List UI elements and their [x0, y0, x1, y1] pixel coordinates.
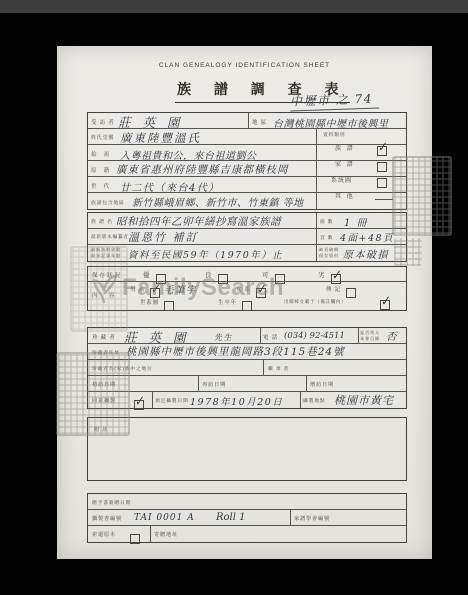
editor-value: 溫恩竹 補訂	[128, 229, 199, 245]
volumes-label: 冊 數	[320, 218, 333, 225]
category-block: 資料類別 族 譜 ✓ 家 譜 系統圖 其 他	[316, 129, 407, 209]
regions-label: 族譜包含地區	[91, 199, 125, 206]
content-female-checkbox: ✓	[256, 284, 276, 302]
divider	[316, 229, 317, 244]
scanned-page: CLAN GENEALOGY IDENTIFICATION SHEET 族 譜 …	[0, 0, 468, 595]
category-option-other: 其 他	[335, 191, 355, 200]
condition-opt-good: 良	[205, 270, 212, 279]
damage-label-line2: 保存情形	[319, 253, 339, 259]
content-married-label: 出嫁婦女載于（備註欄內）	[284, 299, 346, 305]
return-checkbox	[130, 530, 140, 548]
book-name-value: 昭和拾四年乙卯年繕抄寫溫家族譜	[116, 214, 281, 229]
divider	[290, 510, 291, 525]
origin-value: 廣東省惠州府陸豐縣吉康都橫枝岡	[116, 162, 289, 177]
phone-label: 電 話	[263, 333, 278, 341]
divider	[152, 392, 153, 408]
checkbox-icon	[164, 301, 174, 311]
listed-value: 否	[386, 329, 398, 344]
book-table: 族 譜 名 昭和拾四年乙卯年繕抄寫溫家族譜 冊 數 1 冊 最新版本編纂者 溫恩…	[87, 212, 407, 262]
row-owner: 珍 藏 者 莊 英 園 先生 電 話 (034) 92-4511 是否列入 本會…	[88, 328, 406, 344]
condition-label: 保存狀況	[92, 271, 122, 279]
film-place-value: 桃園市黃宅	[334, 392, 394, 408]
category-option-genealogy: 族 譜	[335, 143, 355, 152]
ancestor-label: 始 祖	[91, 150, 110, 158]
row-editor: 最新版本編纂者 溫恩竹 補訂 頁 數 4面+48頁	[88, 229, 406, 245]
listed-label-line2: 本會目錄	[360, 336, 380, 342]
content-dates-checkbox	[242, 297, 252, 315]
checkbox-icon	[377, 162, 387, 172]
divider	[248, 113, 249, 128]
check-mark: ✓	[379, 293, 392, 309]
condition-table: 保存狀況 優 良 可 劣 ✓ 內 容 男 系 ✓ 毛筆字 女 系 ✓ 傳 記 世…	[87, 266, 407, 311]
content-dates-label: 生卒年	[218, 298, 237, 306]
document-paper: CLAN GENEALOGY IDENTIFICATION SHEET 族 譜 …	[57, 46, 432, 559]
row-condition: 保存狀況 優 良 可 劣 ✓	[88, 267, 406, 282]
row-film-number: 攝製書編號 TAI 0001 A Roll 1 家譜學會編號	[88, 510, 406, 526]
latest-value: 資料至民國59年（1970年）止	[128, 247, 283, 261]
address-value: 桃園縣中壢市後興里龍岡路3段115巷24號	[126, 344, 345, 359]
pages-label: 頁 數	[320, 234, 333, 241]
content-chart-checkbox	[164, 297, 174, 315]
notes-label: 附 註	[94, 426, 108, 433]
admin-table: 贈予書簽贈日期 攝製書編號 TAI 0001 A Roll 1 家譜學會編號 索…	[87, 493, 407, 543]
divider	[300, 392, 301, 408]
owner-label: 珍 藏 者	[92, 333, 116, 341]
checkbox-icon	[346, 288, 356, 298]
checkbox-icon	[130, 534, 140, 544]
row-contents: 內 容 男 系 ✓ 毛筆字 女 系 ✓ 傳 記 世系圖 生卒年 出嫁婦女載于（備…	[88, 282, 406, 310]
ancestor-value: 入粵祖貴和公，來台祖道劉公	[120, 147, 257, 162]
heir-label: 繼 承 者	[268, 365, 289, 372]
surname-label: 姓氏堂號	[91, 134, 114, 141]
check-mark: ✓	[133, 393, 146, 409]
content-female-label: 女 系	[236, 285, 251, 293]
damage-value: 原本破損	[343, 246, 389, 261]
area-value: 台灣桃園縣中壢市後興里	[273, 115, 389, 130]
society-number-label: 家譜學會編號	[294, 515, 330, 522]
check-mark: ✓	[149, 281, 162, 297]
mail-label: 寄贈地址	[154, 531, 178, 538]
area-label: 地 區	[252, 118, 267, 126]
divider	[316, 245, 317, 261]
condition-opt-fair: 可	[262, 270, 269, 279]
interviewee-label: 受 訪 者	[91, 118, 115, 126]
notes-box: 附 註	[87, 417, 407, 481]
owner-table: 珍 藏 者 莊 英 園 先生 電 話 (034) 92-4511 是否列入 本會…	[87, 327, 407, 409]
editor-label: 最新版本編纂者	[91, 234, 129, 240]
content-chart-label: 世系圖	[140, 298, 159, 306]
content-male-label: 男 系	[130, 285, 145, 293]
condition-opt-poor: 劣	[318, 270, 325, 279]
check-mark: ✓	[330, 267, 343, 283]
roll-number-value: Roll 1	[216, 512, 246, 523]
film-place-label: 攝製地點	[303, 397, 325, 404]
scan-top-strip	[0, 0, 468, 13]
row-address: 珍藏者住址 桃園縣中壢市後興里龍岡路3段115巷24號	[88, 344, 406, 360]
surname-value: 廣東陸豐溫氏	[120, 130, 201, 146]
info-table: 受 訪 者 莊 英 園 地 區 台灣桃園縣中壢市後興里 姓氏堂號 廣東陸豐溫氏 …	[87, 112, 407, 210]
content-bio-label: 傳 記	[326, 285, 341, 293]
gift-label: 贈予書簽贈日期	[92, 499, 131, 506]
volumes-value: 1 冊	[344, 214, 368, 229]
return-label: 索還原本	[92, 531, 116, 538]
other-blank-line	[375, 199, 393, 200]
film-date-label: 預定攝製日期	[155, 397, 189, 404]
check-mark: ✓	[255, 281, 268, 297]
row-visits: 初訪日期 再訪日期 增訪日期	[88, 376, 406, 392]
film-date-value: 1978年10月20日	[190, 394, 283, 408]
row-position: 珍藏者為(家)族中之地位 繼 承 者	[88, 360, 406, 376]
divider	[150, 526, 151, 542]
position-label: 珍藏者為(家)族中之地位	[92, 365, 153, 372]
consent-label: 同意攝製	[92, 397, 116, 404]
divider	[358, 328, 359, 343]
visit1-label: 初訪日期	[92, 381, 116, 388]
form-number: 中壢市 之 74	[290, 89, 380, 111]
film-number-value: TAI 0001 A	[134, 513, 195, 523]
checkbox-icon	[377, 178, 387, 188]
book-name-label: 族 譜 名	[91, 218, 113, 225]
row-filming: 同意攝製 ✓ 預定攝製日期 1978年10月20日 攝製地點 桃園市黃宅	[88, 392, 406, 408]
category-option-chart: 系統圖	[331, 175, 352, 184]
contents-label: 內 容	[92, 291, 118, 299]
origin-label: 原 籍	[91, 166, 110, 174]
condition-opt-excellent: 優	[143, 270, 150, 279]
checkbox-icon	[242, 301, 252, 311]
category-option-family: 家 譜	[335, 159, 355, 168]
category-label: 資料類別	[323, 131, 345, 138]
generations-value: 廿二代（來台4代）	[120, 179, 220, 194]
divider	[316, 213, 317, 228]
regions-value: 新竹縣峨眉鄉、新竹市、竹東鎮 等地	[132, 194, 304, 209]
row-gift: 贈予書簽贈日期	[88, 494, 406, 510]
pages-value: 4面+48頁	[340, 230, 394, 244]
category-checkbox-chart	[377, 174, 387, 192]
address-label: 珍藏者住址	[92, 349, 120, 356]
row-interviewee: 受 訪 者 莊 英 園 地 區 台灣桃園縣中壢市後興里	[88, 113, 406, 129]
check-mark: ✓	[376, 139, 389, 155]
latest-label-line2: 最末記事年限	[91, 253, 121, 259]
owner-honorific: 先生	[214, 332, 233, 343]
film-number-label: 攝製書編號	[92, 515, 122, 522]
row-return: 索還原本 寄贈地址	[88, 526, 406, 542]
divider	[260, 328, 261, 343]
generations-label: 世 代	[91, 182, 110, 190]
row-latest: 最新資料年限 最末記事年限 資料至民國59年（1970年）止 缺頁破損 保存情形…	[88, 245, 406, 261]
visit2-label: 再訪日期	[202, 381, 226, 388]
row-book-name: 族 譜 名 昭和拾四年乙卯年繕抄寫溫家族譜 冊 數 1 冊	[88, 213, 406, 229]
content-male-note: 毛筆字	[164, 282, 197, 296]
visit3-label: 增訪日期	[310, 381, 334, 388]
divider	[263, 360, 264, 375]
phone-value: (034) 92-4511	[284, 331, 345, 341]
content-married-checkbox: ✓	[380, 296, 400, 314]
content-bio-checkbox	[346, 284, 356, 302]
divider	[306, 376, 307, 391]
printed-title: CLAN GENEALOGY IDENTIFICATION SHEET	[57, 62, 432, 69]
divider	[198, 376, 199, 391]
